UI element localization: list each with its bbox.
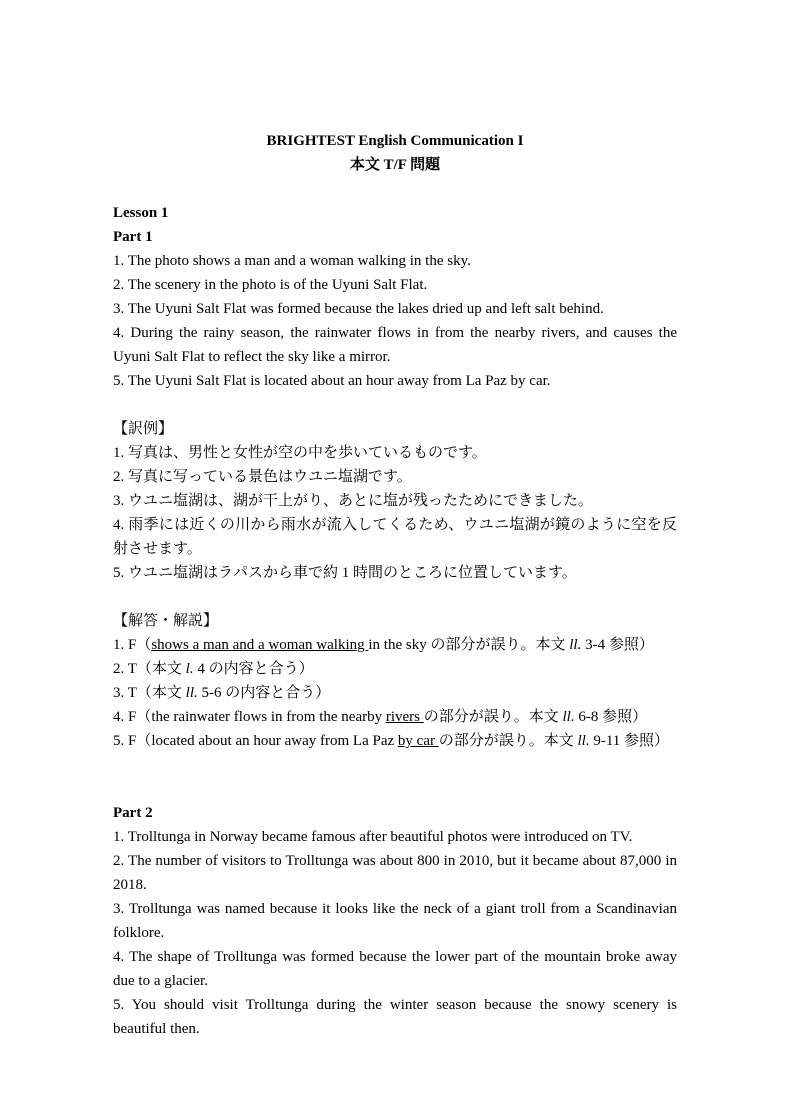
spacer (113, 585, 677, 609)
answer-text: 2. T（本文 (113, 661, 186, 677)
answer-item-1: 1. F（shows a man and a woman walking in … (113, 633, 677, 657)
answer-text: 3-4 参照） (581, 637, 654, 653)
part1-question-4: 4. During the rainy season, the rainwate… (113, 321, 677, 369)
answer-line-ref: ll. (578, 733, 590, 749)
spacer (113, 753, 677, 801)
part2-question-2: 2. The number of visitors to Trolltunga … (113, 849, 677, 897)
part1-question-1: 1. The photo shows a man and a woman wal… (113, 249, 677, 273)
answer-underlined-text: by car (398, 733, 439, 749)
answer-text: in the sky の部分が誤り。本文 (368, 637, 569, 653)
part1-question-3: 3. The Uyuni Salt Flat was formed becaus… (113, 297, 677, 321)
answer-item-2: 2. T（本文 l. 4 の内容と合う） (113, 657, 677, 681)
translation-heading: 【訳例】 (113, 417, 677, 441)
translation-item-5: 5. ウユニ塩湖はラパスから車で約 1 時間のところに位置しています。 (113, 561, 677, 585)
answer-text: 6-8 参照） (575, 709, 648, 725)
answer-underlined-text: shows a man and a woman walking (151, 637, 368, 653)
part2-question-4: 4. The shape of Trolltunga was formed be… (113, 945, 677, 993)
spacer (113, 177, 677, 201)
answer-underlined-text: rivers (386, 709, 424, 725)
answer-line-ref: ll. (186, 685, 198, 701)
part2-question-1: 1. Trolltunga in Norway became famous af… (113, 825, 677, 849)
translation-item-4: 4. 雨季には近くの川から雨水が流入してくるため、ウユニ塩湖が鏡のように空を反射… (113, 513, 677, 561)
answer-text: 5. F（located about an hour away from La … (113, 733, 398, 749)
part1-question-5: 5. The Uyuni Salt Flat is located about … (113, 369, 677, 393)
translation-item-1: 1. 写真は、男性と女性が空の中を歩いているものです。 (113, 441, 677, 465)
answers-heading: 【解答・解説】 (113, 609, 677, 633)
answer-item-4: 4. F（the rainwater flows in from the nea… (113, 705, 677, 729)
doc-subtitle: 本文 T/F 問題 (113, 153, 677, 177)
part2-heading: Part 2 (113, 801, 677, 825)
answer-text: 4. F（the rainwater flows in from the nea… (113, 709, 386, 725)
answer-text: の部分が誤り。本文 (439, 733, 578, 749)
answer-text: 9-11 参照） (590, 733, 669, 749)
answer-text: 3. T（本文 (113, 685, 186, 701)
translation-item-2: 2. 写真に写っている景色はウユニ塩湖です。 (113, 465, 677, 489)
document-page: BRIGHTEST English Communication I 本文 T/F… (0, 0, 790, 1117)
document-content: BRIGHTEST English Communication I 本文 T/F… (113, 129, 677, 1041)
answer-text: 4 の内容と合う） (194, 661, 314, 677)
answer-line-ref: ll. (569, 637, 581, 653)
answer-line-ref: ll. (563, 709, 575, 725)
answer-line-ref: l. (186, 661, 194, 677)
answer-text: 5-6 の内容と合う） (198, 685, 331, 701)
answer-item-5: 5. F（located about an hour away from La … (113, 729, 677, 753)
part1-question-2: 2. The scenery in the photo is of the Uy… (113, 273, 677, 297)
part2-question-3: 3. Trolltunga was named because it looks… (113, 897, 677, 945)
lesson-heading: Lesson 1 (113, 201, 677, 225)
part2-question-5: 5. You should visit Trolltunga during th… (113, 993, 677, 1041)
answer-text: の部分が誤り。本文 (424, 709, 563, 725)
spacer (113, 393, 677, 417)
translation-item-3: 3. ウユニ塩湖は、湖が干上がり、あとに塩が残ったためにできました。 (113, 489, 677, 513)
answer-text: 1. F（ (113, 637, 151, 653)
answer-item-3: 3. T（本文 ll. 5-6 の内容と合う） (113, 681, 677, 705)
part1-heading: Part 1 (113, 225, 677, 249)
doc-title: BRIGHTEST English Communication I (113, 129, 677, 153)
